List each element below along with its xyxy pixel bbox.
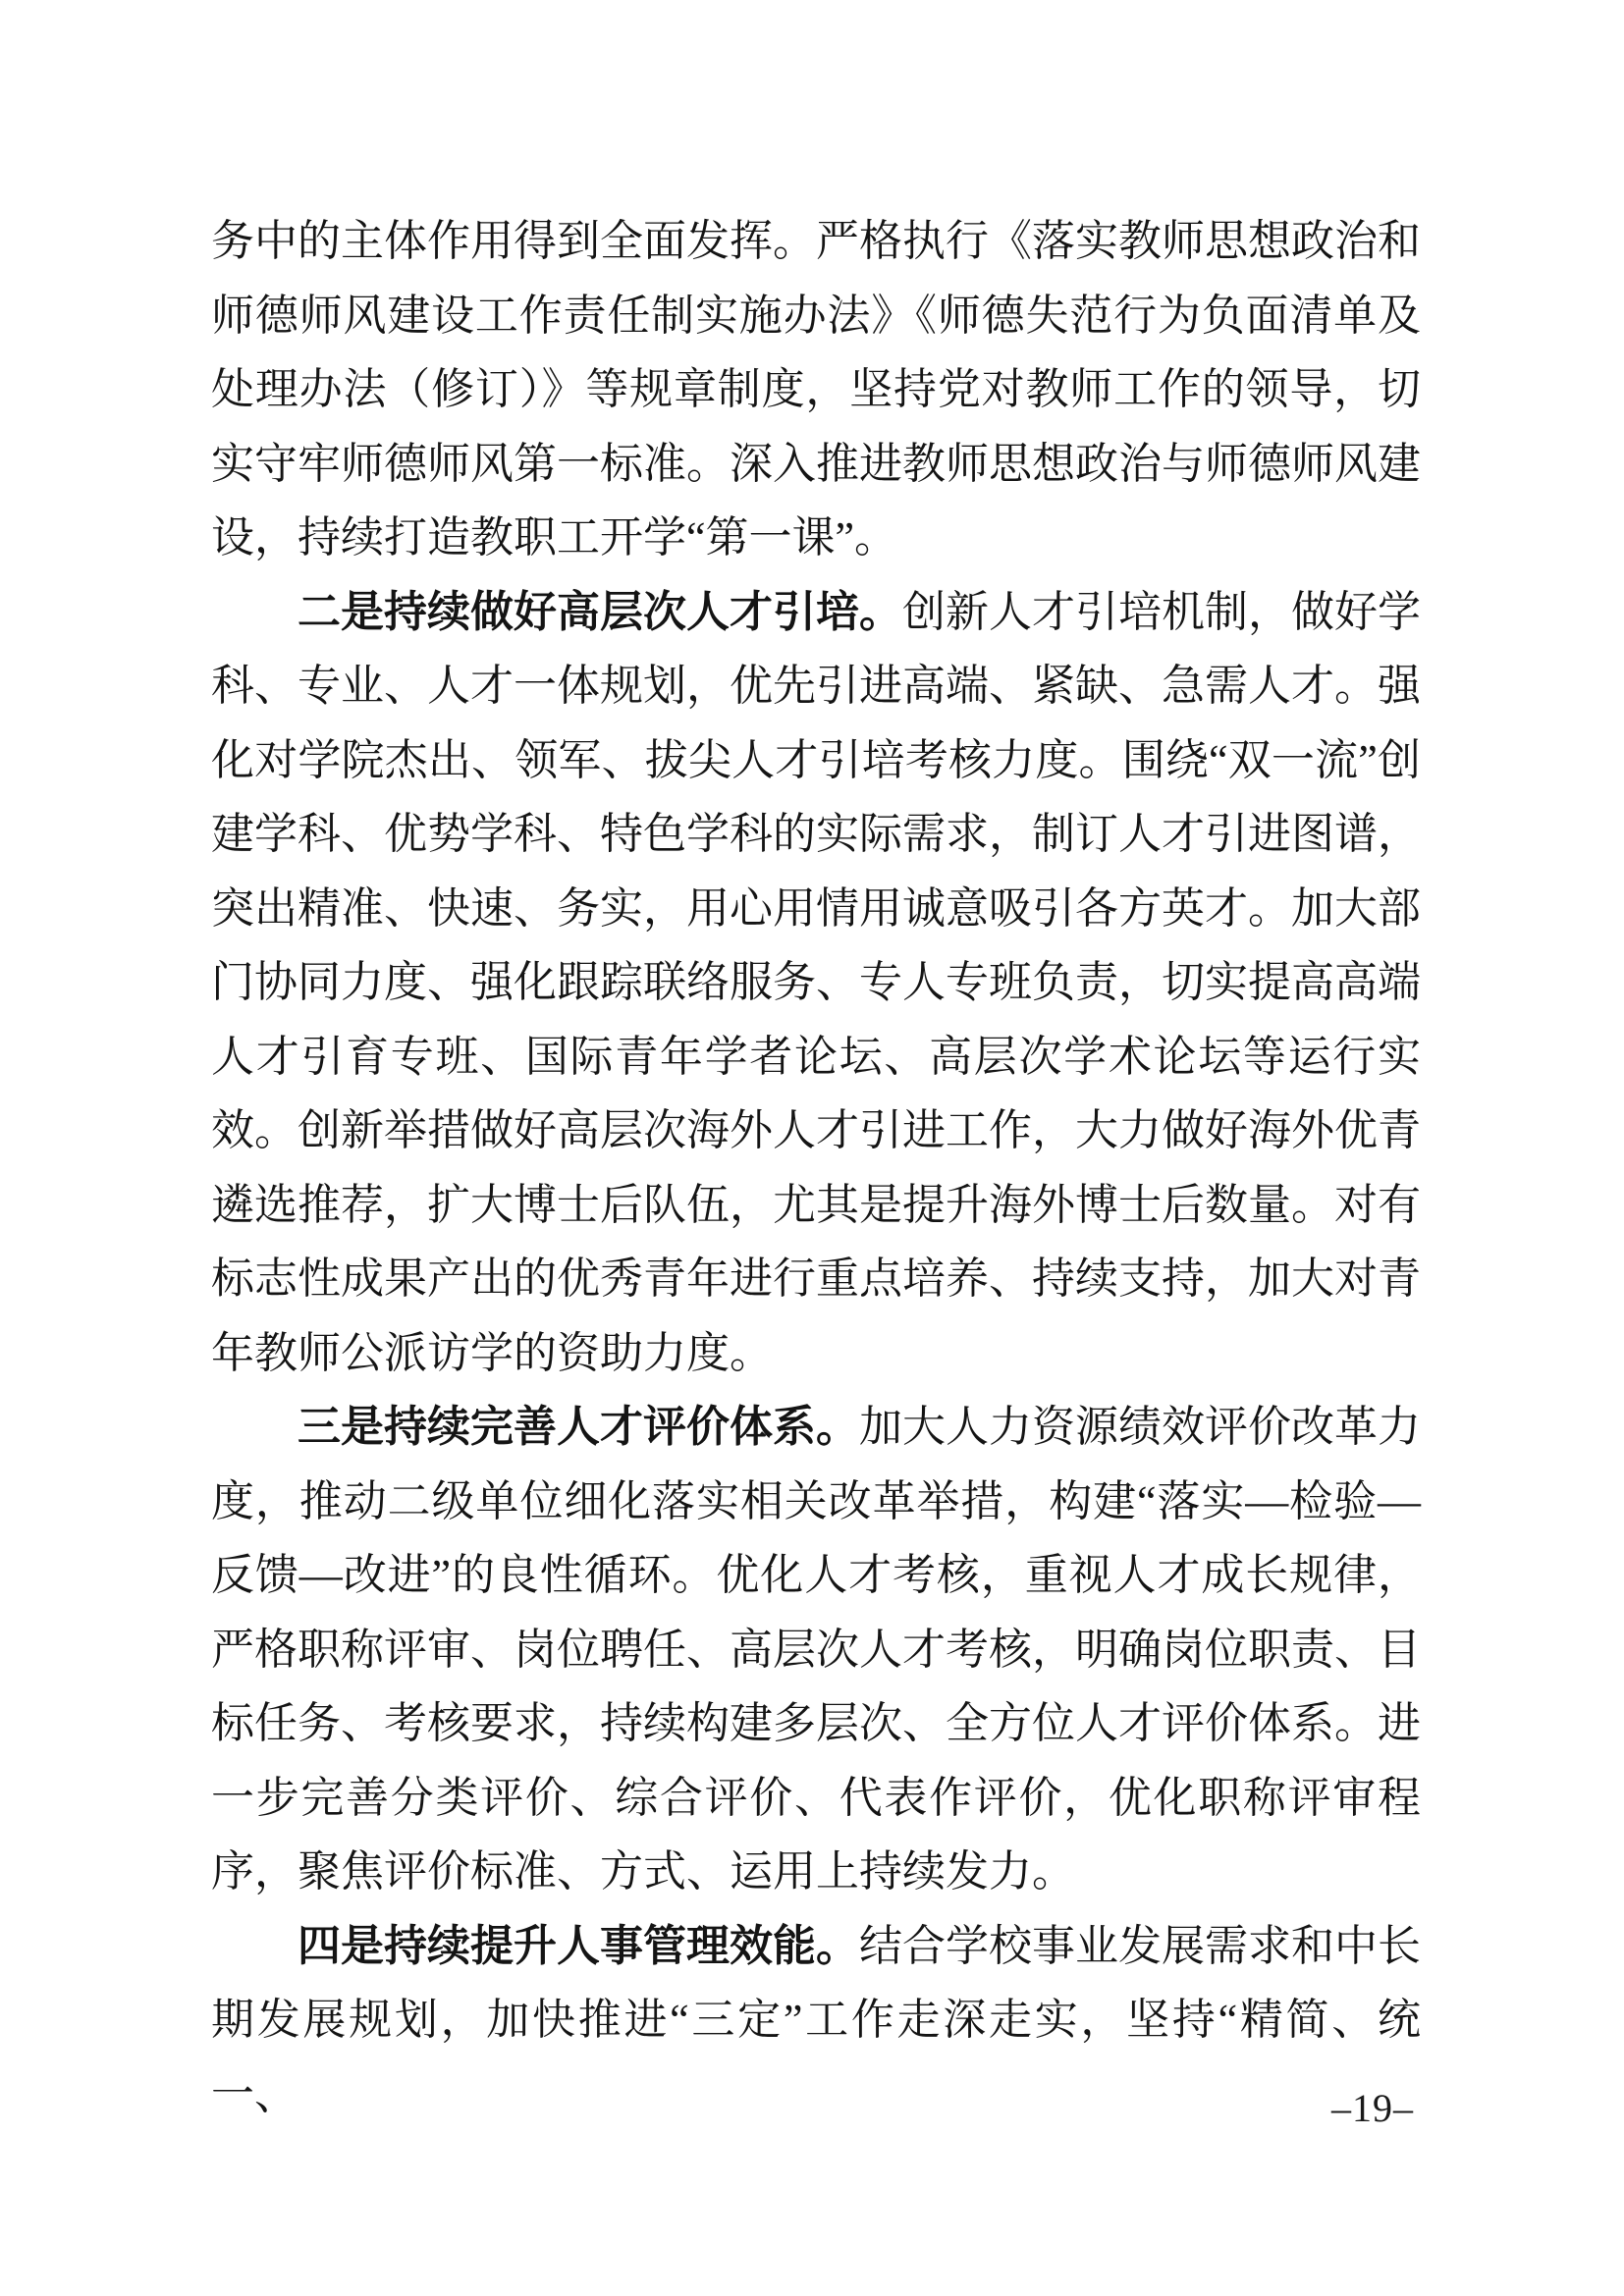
paragraph-text: 加大人力资源绩效评价改革力度，推动二级单位细化落实相关改革举措，构建“落实—检验… bbox=[211, 1403, 1421, 1896]
paragraph-third-point: 三是持续完善人才评价体系。加大人力资源绩效评价改革力度，推动二级单位细化落实相关… bbox=[211, 1390, 1421, 1909]
paragraph-continuation: 务中的主体作用得到全面发挥。严格执行《落实教师思想政治和师德师风建设工作责任制实… bbox=[211, 204, 1421, 575]
paragraph-text: 务中的主体作用得到全面发挥。严格执行《落实教师思想政治和师德师风建设工作责任制实… bbox=[211, 217, 1421, 561]
paragraph-fourth-point: 四是持续提升人事管理效能。结合学校事业发展需求和中长期发展规划，加快推进“三定”… bbox=[211, 1909, 1421, 2132]
paragraph-second-point: 二是持续做好高层次人才引培。创新人才引培机制，做好学科、专业、人才一体规划，优先… bbox=[211, 575, 1421, 1391]
document-body: 务中的主体作用得到全面发挥。严格执行《落实教师思想政治和师德师风建设工作责任制实… bbox=[211, 204, 1421, 2131]
paragraph-lead: 三是持续完善人才评价体系。 bbox=[298, 1403, 859, 1451]
document-page: 务中的主体作用得到全面发挥。严格执行《落实教师思想政治和师德师风建设工作责任制实… bbox=[0, 0, 1624, 2296]
page-number: –19– bbox=[1331, 2087, 1414, 2130]
paragraph-text: 创新人才引培机制，做好学科、专业、人才一体规划，优先引进高端、紧缺、急需人才。强… bbox=[211, 588, 1421, 1377]
paragraph-lead: 二是持续做好高层次人才引培。 bbox=[298, 588, 902, 636]
paragraph-lead: 四是持续提升人事管理效能。 bbox=[298, 1922, 859, 1970]
